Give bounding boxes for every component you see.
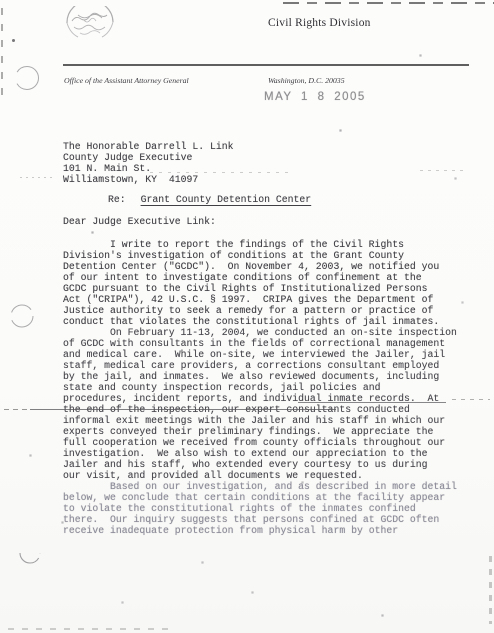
scan-artifact-top-dashes: [283, 2, 494, 4]
text-line: and medical care. While on-site, we inte…: [63, 349, 455, 360]
scan-artifact-left-ticks: [1, 8, 3, 104]
text-line: of our intent to investigate conditions …: [63, 272, 455, 283]
scan-artifact-underline: [298, 402, 446, 403]
hole-punch-circle-icon: [14, 65, 40, 96]
text-line: I write to report the findings of the Ci…: [63, 239, 455, 250]
text-line: staff, medical care providers, a correct…: [63, 360, 455, 371]
text-line: Detention Center ("GCDC"). On November 4…: [63, 261, 455, 272]
scan-noise-specks: [0, 0, 1, 1]
body-paragraph-2: On February 11-13, 2004, we conducted an…: [63, 327, 455, 481]
text-line: our visit, and provided all documents we…: [63, 470, 455, 481]
reference-subject: Grant County Detention Center: [141, 194, 312, 205]
text-line: of GCDC with consultants in the fields o…: [63, 338, 455, 349]
text-line: Act ("CRIPA"), 42 U.S.C. § 1997. CRIPA g…: [63, 294, 455, 305]
city-line: Washington, D.C. 20035: [268, 76, 345, 85]
text-line: Jailer and his staff, who extended every…: [63, 459, 455, 470]
scan-artifact-dots: [452, 399, 490, 400]
text-line: receive inadequate protection from physi…: [63, 525, 455, 536]
scan-artifact-dashes: [4, 409, 30, 410]
reference-label: Re:: [108, 194, 126, 205]
scan-artifact-strike-line: [30, 409, 336, 410]
scan-artifact-right-edge: [489, 556, 492, 624]
text-line: below, we conclude that certain conditio…: [63, 492, 455, 503]
text-line: The Honorable Darrell L. Link: [63, 141, 234, 152]
division-title: Civil Rights Division: [268, 17, 371, 29]
text-line: informal exit meetings with the Jailer a…: [63, 415, 455, 426]
recipient-address: The Honorable Darrell L. LinkCounty Judg…: [63, 141, 234, 185]
scanned-letter-page: Civil Rights Division Office of the Assi…: [0, 0, 494, 633]
hole-punch-circle-icon: [18, 547, 42, 574]
text-line: GCDC pursuant to the Civil Rights of Ins…: [63, 283, 455, 294]
scan-artifact-dot: [12, 39, 15, 42]
body-paragraph-1: I write to report the findings of the Ci…: [63, 239, 455, 327]
scan-artifact-dots: [420, 170, 464, 171]
date-stamp: MAY 1 8 2005: [264, 91, 366, 103]
reference-line: Re:Grant County Detention Center: [108, 194, 311, 205]
text-line: investigation. We also wish to extend ou…: [63, 448, 455, 459]
text-line: County Judge Executive: [63, 152, 234, 163]
body-paragraph-3: Based on our investigation, and as descr…: [63, 481, 455, 536]
text-line: Division's investigation of conditions a…: [63, 250, 455, 261]
text-line: full cooperation we received from county…: [63, 437, 455, 448]
text-line: Justice authority to seek a remedy for a…: [63, 305, 455, 316]
doj-seal-icon: [64, 6, 116, 45]
text-line: state and county inspection records, jai…: [63, 382, 455, 393]
text-line: there. Our inquiry suggests that persons…: [63, 514, 455, 525]
text-line: conduct that violates the constitutional…: [63, 316, 455, 327]
scan-artifact-dots: [20, 177, 56, 178]
text-line: experts conveyed their preliminary findi…: [63, 426, 455, 437]
office-line: Office of the Assistant Attorney General: [64, 76, 189, 85]
scan-artifact-bottom-dashes: [8, 628, 168, 630]
scan-artifact-dots: [150, 172, 290, 173]
hole-punch-circle-icon: [9, 303, 35, 334]
text-line: On February 11-13, 2004, we conducted an…: [63, 327, 455, 338]
text-line: Williamstown, KY 41097: [63, 174, 234, 185]
text-line: to violate the constitutional rights of …: [63, 503, 455, 514]
text-line: by the jail, and inmates. We also review…: [63, 371, 455, 382]
salutation: Dear Judge Executive Link:: [63, 216, 216, 227]
text-line: Based on our investigation, and as descr…: [63, 481, 455, 492]
letterhead-rule: [63, 64, 469, 66]
